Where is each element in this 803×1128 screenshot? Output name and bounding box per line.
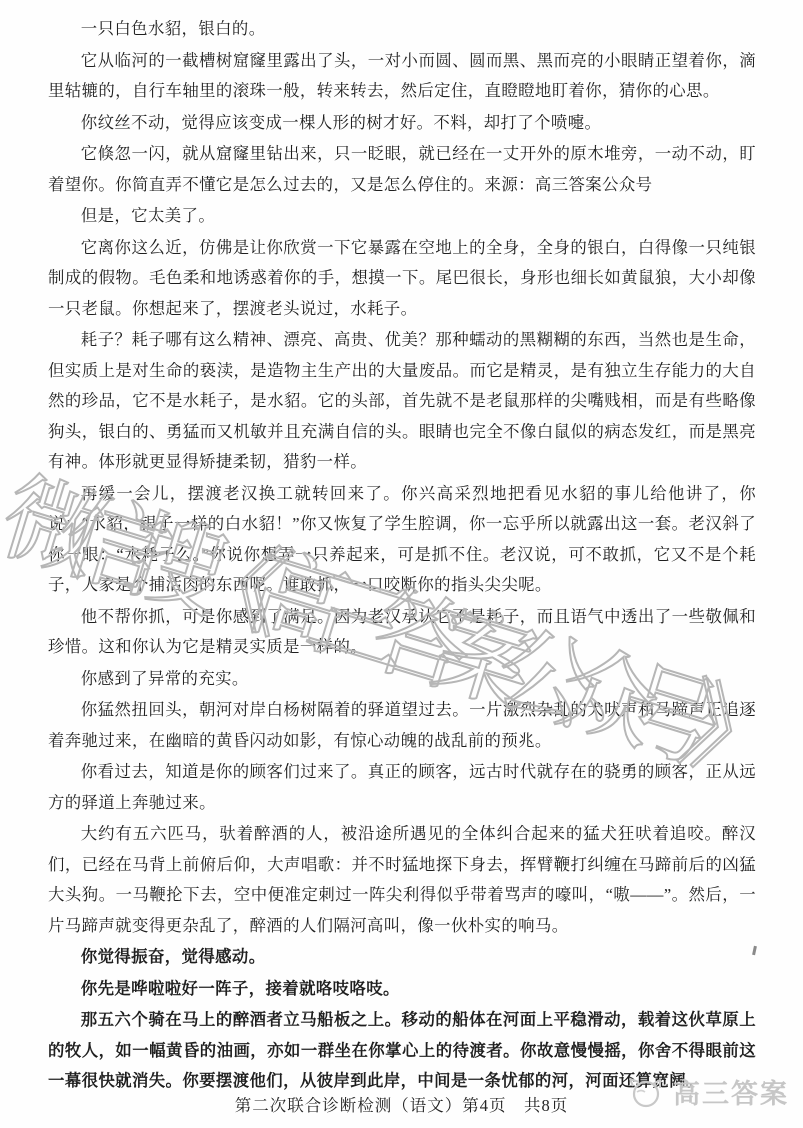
paragraph: 他不帮你抓，可是你感到了满足。因为老汉承认它不是耗子，而且语气中透出了一些敬佩和… (48, 602, 756, 663)
paragraph: 它从临河的一截槽树窟窿里露出了头，一对小而圆、圆而黑、黑而亮的小眼睛正望着你，滴… (48, 46, 756, 107)
scan-artifact (752, 946, 757, 955)
publisher-logo: 高三答案 (627, 1072, 789, 1111)
paragraph: 你觉得振奋，觉得感动。 (48, 942, 756, 973)
paragraph: 大约有五六匹马，驮着醉酒的人，被沿途所遇见的全体纠合起来的猛犬狂吠着追咬。醉汉们… (48, 819, 756, 941)
paragraph: 再缓一会儿，摆渡老汉换工就转回来了。你兴高采烈地把看见水貂的事儿给他讲了，你说：… (48, 479, 756, 601)
paragraph: 它倏忽一闪，就从窟窿里钻出来，只一眨眼，就已经在一丈开外的原木堆旁，一动不动，盯… (48, 139, 756, 200)
paragraph: 它离你这么近，仿佛是让你欣赏一下它暴露在空地上的全身，全身的银白，白得像一只纯银… (48, 233, 756, 325)
paragraph: 你纹丝不动，觉得应该变成一棵人形的树才好。不料，却打了个喷嚏。 (48, 108, 756, 139)
exam-page: 一只白色水貂，银白的。它从临河的一截槽树窟窿里露出了头，一对小而圆、圆而黑、黑而… (0, 0, 803, 1128)
cat-icon (627, 1076, 667, 1108)
paragraph: 你看过去，知道是你的顾客们过来了。真正的顾客，远古时代就存在的骁勇的顾客，正从远… (48, 757, 756, 818)
passage-text: 一只白色水貂，银白的。它从临河的一截槽树窟窿里露出了头，一对小而圆、圆而黑、黑而… (48, 14, 756, 1098)
logo-text: 高三答案 (673, 1072, 789, 1111)
paragraph: 你先是哗啦啦好一阵子，接着就咯吱咯吱。 (48, 974, 756, 1005)
paragraph: 耗子？耗子哪有这么精神、漂亮、高贵、优美？那种蠕动的黑糊糊的东西，当然也是生命，… (48, 325, 756, 478)
paragraph: 一只白色水貂，银白的。 (48, 14, 756, 45)
paragraph: 但是，它太美了。 (48, 201, 756, 232)
paragraph: 你猛然扭回头，朝河对岸白杨树隔着的驿道望过去。一片激烈杂乱的犬吠声和马蹄声正追逐… (48, 695, 756, 756)
paragraph: 你感到了异常的充实。 (48, 664, 756, 695)
